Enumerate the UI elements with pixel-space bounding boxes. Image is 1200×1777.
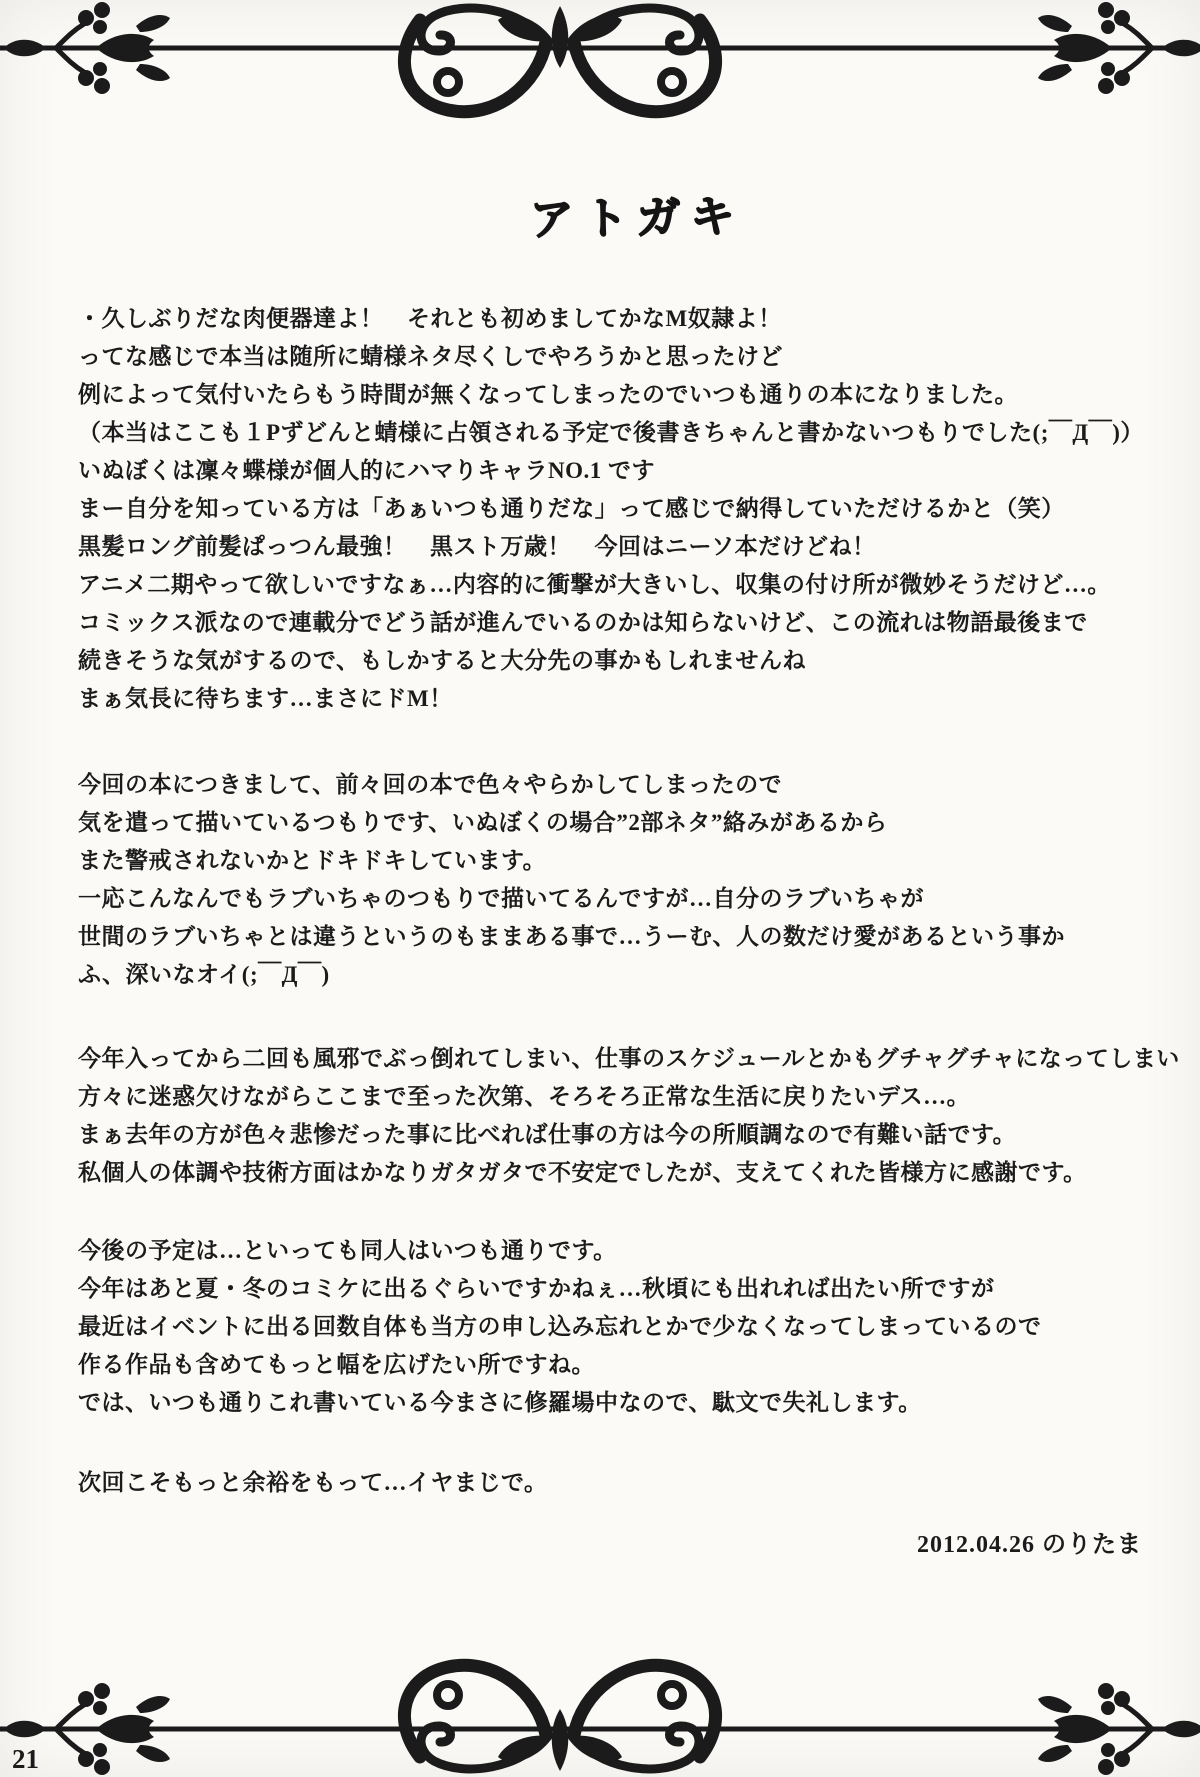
afterword-line: まー自分を知っている方は「あぁいつも通りだな」って感じで納得していただけるかと（… bbox=[78, 490, 1200, 528]
afterword-page: アトガキ ・久しぶりだな肉便器達よ！ それとも初めましてかなM奴隷よ！ ってな感… bbox=[0, 0, 1200, 1777]
afterword-line: ふ、深いなオイ(;￣Д￣) bbox=[78, 956, 1200, 994]
afterword-line: 一応こんなんでもラブいちゃのつもりで描いてるんですが…自分のラブいちゃが bbox=[78, 880, 1200, 918]
afterword-line: 方々に迷惑欠けながらここまで至った次第、そろそろ正常な生活に戻りたいデス…。 bbox=[78, 1078, 1200, 1116]
flourish-ornament-bottom-icon bbox=[0, 1647, 1200, 1777]
paragraph-closing: 次回こそもっと余裕をもって…イヤまじで。 bbox=[78, 1464, 1200, 1502]
page-number: 21 bbox=[12, 1744, 39, 1775]
afterword-line: まぁ去年の方が色々悲惨だった事に比べれば仕事の方は今の所順調なので有難い話です。 bbox=[78, 1116, 1200, 1154]
afterword-line: いぬぼくは凜々蝶様が個人的にハマりキャラNO.1 です bbox=[78, 452, 1200, 490]
afterword-line: 今後の予定は…といっても同人はいつも通りです。 bbox=[78, 1232, 1200, 1270]
afterword-line: コミックス派なので連載分でどう話が進んでいるのかは知らないけど、この流れは物語最… bbox=[78, 604, 1200, 642]
afterword-line: 今年入ってから二回も風邪でぶっ倒れてしまい、仕事のスケジュールとかもグチャグチャ… bbox=[78, 1040, 1200, 1078]
afterword-line: 今年はあと夏・冬のコミケに出るぐらいですかねぇ…秋頃にも出れれば出たい所ですが bbox=[78, 1270, 1200, 1308]
afterword-line: 例によって気付いたらもう時間が無くなってしまったのでいつも通りの本になりました。 bbox=[78, 376, 1200, 414]
afterword-line: 今回の本につきまして、前々回の本で色々やらかしてしまったので bbox=[78, 766, 1200, 804]
paragraph-about-book: 今回の本につきまして、前々回の本で色々やらかしてしまったので 気を遣って描いてい… bbox=[78, 766, 1200, 994]
afterword-line: 次回こそもっと余裕をもって…イヤまじで。 bbox=[78, 1464, 1200, 1502]
afterword-line: また警戒されないかとドキドキしています。 bbox=[78, 842, 1200, 880]
afterword-line: ってな感じで本当は随所に蜻様ネタ尽くしでやろうかと思ったけど bbox=[78, 338, 1200, 376]
afterword-line: （本当はここも１Pずどんと蜻様に占領される予定で後書きちゃんと書かないつもりでし… bbox=[78, 414, 1200, 452]
afterword-line: 世間のラブいちゃとは違うというのもままある事で…うーむ、人の数だけ愛があるという… bbox=[78, 918, 1200, 956]
afterword-line: 最近はイベントに出る回数自体も当方の申し込み忘れとかで少なくなってしまっているの… bbox=[78, 1308, 1200, 1346]
afterword-line: ・久しぶりだな肉便器達よ！ それとも初めましてかなM奴隷よ！ bbox=[78, 300, 1200, 338]
paragraph-future-plans: 今後の予定は…といっても同人はいつも通りです。 今年はあと夏・冬のコミケに出るぐ… bbox=[78, 1232, 1200, 1422]
afterword-line: アニメ二期やって欲しいですなぁ…内容的に衝撃が大きいし、収集の付け所が微妙そうだ… bbox=[78, 566, 1200, 604]
afterword-line: 私個人の体調や技術方面はかなりガタガタで不安定でしたが、支えてくれた皆様方に感謝… bbox=[78, 1154, 1200, 1192]
page-title: アトガキ bbox=[37, 172, 1200, 257]
afterword-line: 作る作品も含めてもっと幅を広げたい所ですね。 bbox=[78, 1346, 1200, 1384]
flourish-ornament-top-icon bbox=[0, 0, 1200, 130]
paragraph-greeting: ・久しぶりだな肉便器達よ！ それとも初めましてかなM奴隷よ！ ってな感じで本当は… bbox=[78, 300, 1200, 718]
afterword-line: 続きそうな気がするので、もしかすると大分先の事かもしれませんね bbox=[78, 642, 1200, 680]
afterword-line: 気を遣って描いているつもりです、いぬぼくの場合”2部ネタ”絡みがあるから bbox=[78, 804, 1200, 842]
date-signature: 2012.04.26 のりたま bbox=[917, 1526, 1142, 1564]
paragraph-health: 今年入ってから二回も風邪でぶっ倒れてしまい、仕事のスケジュールとかもグチャグチャ… bbox=[78, 1040, 1200, 1192]
afterword-line: まぁ気長に待ちます…まさにドM！ bbox=[78, 680, 1200, 718]
afterword-line: では、いつも通りこれ書いている今まさに修羅場中なので、駄文で失礼します。 bbox=[78, 1384, 1200, 1422]
afterword-line: 黒髪ロング前髪ぱっつん最強！ 黒スト万歳！ 今回はニーソ本だけどね！ bbox=[78, 528, 1200, 566]
